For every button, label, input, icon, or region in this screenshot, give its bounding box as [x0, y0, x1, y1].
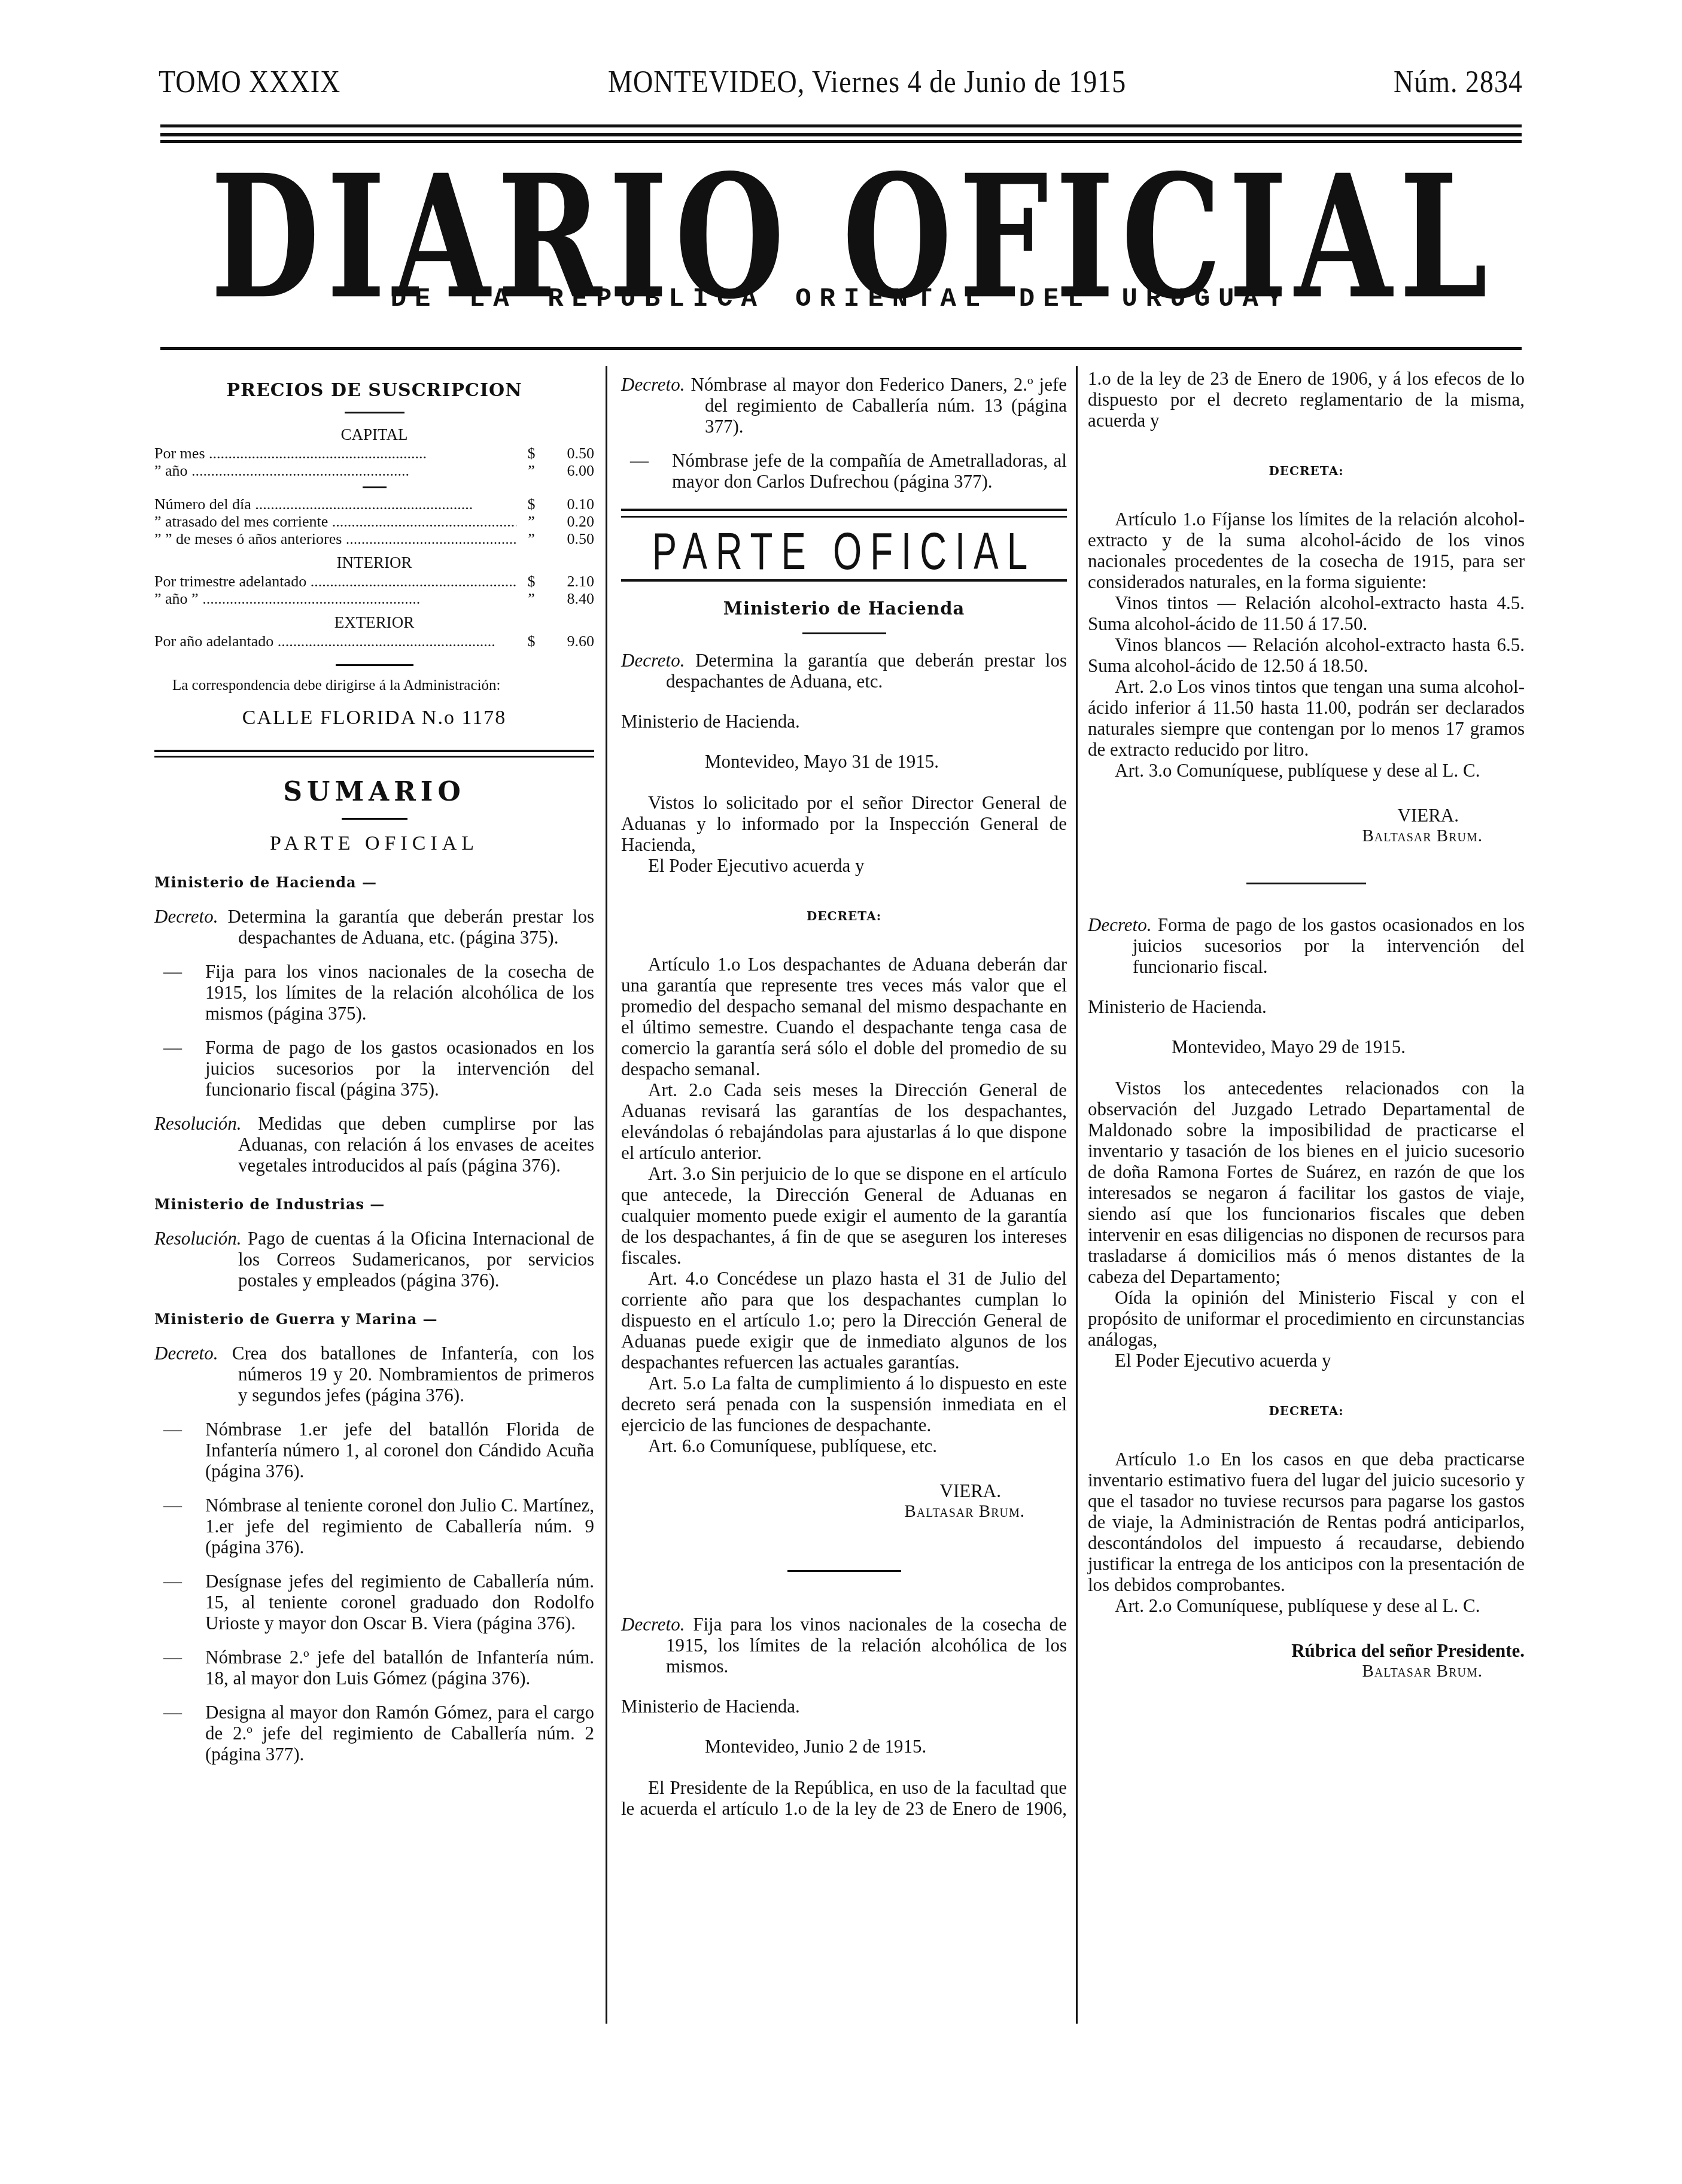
entry-text: Nómbrase jefe de la compañía de Ametrall… — [672, 450, 1067, 492]
entry-text: Nómbrase al mayor don Federico Daners, 2… — [691, 374, 1067, 437]
price-value: 0.10 — [546, 495, 594, 513]
masthead-rule-thick — [160, 133, 1522, 136]
preamble-paragraph: El Poder Ejecutivo acuerda y — [621, 855, 1067, 876]
decree-type: Decreto. — [1088, 914, 1158, 935]
article: Artículo 1.o Fíjanse los límites de la r… — [1088, 509, 1525, 592]
dash-marker: — — [154, 1647, 205, 1689]
preamble-paragraph: El Presidente de la República, en uso de… — [621, 1777, 1067, 1819]
decree-wine-limits-continued: 1.o de la ley de 23 de Enero de 1906, y … — [1088, 368, 1525, 847]
signature: VIERA. — [621, 1480, 1067, 1501]
article: Art. 3.o Sin perjuicio de lo que se disp… — [621, 1163, 1067, 1268]
decree-type: Decreto. — [621, 1614, 693, 1635]
entry-type: Decreto. — [154, 906, 227, 927]
sumario-list: Ministerio de Hacienda —Decreto. Determi… — [154, 872, 594, 1765]
entry-text: Forma de pago de los gastos ocasionados … — [205, 1037, 594, 1100]
price-value: 9.60 — [546, 632, 594, 650]
entry-text: Determina la garantía que deberán presta… — [227, 906, 594, 948]
price-row: Por trimestre adelantado$2.10 — [154, 573, 594, 590]
divider — [787, 1570, 901, 1572]
price-value: 0.50 — [546, 445, 594, 462]
dash-marker: — — [154, 1419, 205, 1482]
divider — [1246, 883, 1366, 884]
issue-number: Núm. 2834 — [1394, 63, 1523, 100]
price-label: Por año adelantado — [154, 632, 516, 650]
price-label: Número del día — [154, 495, 516, 513]
divider-double-1 — [621, 509, 1067, 511]
entry-text: Nómbrase 1.er jefe del batallón Florida … — [205, 1419, 594, 1482]
preamble-continued: 1.o de la ley de 23 de Enero de 1906, y … — [1088, 368, 1525, 431]
article: Art. 2.o Los vinos tintos que tengan una… — [1088, 676, 1525, 760]
divider — [363, 486, 387, 488]
countersignature: Baltasar Brum. — [621, 1501, 1067, 1522]
entry-type: Decreto. — [621, 374, 691, 395]
divider — [342, 818, 407, 820]
price-label: Por trimestre adelantado — [154, 573, 516, 590]
price-currency: $ — [516, 445, 546, 462]
ministry-label: Ministerio de Hacienda — — [154, 872, 594, 893]
price-value: 8.40 — [546, 590, 594, 607]
decree-summary-text: Determina la garantía que deberán presta… — [666, 650, 1067, 692]
decree-succession-costs: Decreto. Forma de pago de los gastos oca… — [1088, 914, 1525, 1682]
signature: Rúbrica del señor Presidente. — [1088, 1640, 1525, 1661]
section-heading-parte-oficial: PARTE OFICIAL — [621, 537, 1067, 567]
masthead-line: TOMO XXXIX MONTEVIDEO, Viernes 4 de Juni… — [159, 66, 1523, 98]
price-row: Por año adelantado$9.60 — [154, 632, 594, 650]
header-bottom-rule — [160, 347, 1522, 350]
sumario-entry: Resolución. Medidas que deben cumplirse … — [154, 1113, 594, 1176]
price-currency: ” — [516, 513, 546, 530]
decree-issuer: Ministerio de Hacienda. — [621, 711, 1067, 732]
left-column: PRECIOS DE SUSCRIPCION CAPITALPor mes$0.… — [154, 368, 594, 1765]
article: Vinos blancos — Relación alcohol-extract… — [1088, 634, 1525, 676]
price-label: ” atrasado del mes corriente — [154, 513, 516, 530]
entry-type: Resolución. — [154, 1228, 248, 1249]
entry-text: Pago de cuentas á la Oficina Internacion… — [238, 1228, 594, 1291]
dash-marker: — — [154, 1702, 205, 1765]
correspondence-note: La correspondencia debe dirigirse á la A… — [154, 677, 594, 694]
sumario-entry: —Nómbrase 1.er jefe del batallón Florida… — [154, 1419, 594, 1482]
decreta-label: DECRETA: — [621, 906, 1067, 927]
decree-summary: Decreto. Fija para los vinos nacionales … — [621, 1614, 1067, 1677]
entry-text: Crea dos batallones de Infantería, con l… — [232, 1343, 594, 1406]
price-row: Número del día$0.10 — [154, 495, 594, 513]
address: CALLE FLORIDA N.o 1178 — [154, 707, 594, 728]
price-currency: ” — [516, 462, 546, 479]
volume-number: TOMO XXXIX — [159, 63, 340, 100]
column-divider-right — [1076, 366, 1078, 2024]
divider — [336, 664, 413, 666]
decreta-label: DECRETA: — [1088, 1401, 1525, 1422]
decree-customs-guarantee: Decreto. Determina la garantía que deber… — [621, 650, 1067, 1522]
ministry-label: Ministerio de Industrias — — [154, 1194, 594, 1215]
dateline: MONTEVIDEO, Viernes 4 de Junio de 1915 — [608, 63, 1126, 100]
dash-marker: — — [621, 450, 672, 492]
entry-text: Designa al mayor don Ramón Gómez, para e… — [205, 1702, 594, 1765]
sumario-list-continued: Decreto. Nómbrase al mayor don Federico … — [621, 374, 1067, 492]
sumario-entry: —Nómbrase 2.º jefe del batallón de Infan… — [154, 1647, 594, 1689]
sumario-heading: SUMARIO — [154, 781, 594, 802]
decree-type: Decreto. — [621, 650, 695, 671]
dash-marker: — — [154, 1495, 205, 1558]
decree-wine-limits: Decreto. Fija para los vinos nacionales … — [621, 1614, 1067, 1819]
price-label: ” año ” — [154, 590, 516, 607]
preamble-paragraph: El Poder Ejecutivo acuerda y — [1088, 1350, 1525, 1371]
entry-text: Medidas que deben cumplirse por las Adua… — [238, 1113, 594, 1176]
price-section-label: CAPITAL — [154, 424, 594, 445]
divider-double-2 — [621, 516, 1067, 518]
sumario-entry: —Designa al mayor don Ramón Gómez, para … — [154, 1702, 594, 1765]
price-row: ” año”6.00 — [154, 462, 594, 479]
price-currency: $ — [516, 495, 546, 513]
sumario-entry: —Forma de pago de los gastos ocasionados… — [154, 1037, 594, 1100]
decreta-label: DECRETA: — [1088, 461, 1525, 482]
sumario-entry: —Nómbrase jefe de la compañía de Ametral… — [621, 450, 1067, 492]
sumario-entry: Decreto. Crea dos batallones de Infanter… — [154, 1343, 594, 1406]
entry-text: Desígnase jefes del regimiento de Caball… — [205, 1571, 594, 1634]
decree-summary-text: Fija para los vinos nacionales de la cos… — [666, 1614, 1067, 1677]
article: Artículo 1.o En los casos en que deba pr… — [1088, 1449, 1525, 1595]
column-divider-left — [606, 366, 607, 2024]
masthead-rule-thin — [160, 124, 1522, 127]
decree-date: Montevideo, Mayo 31 de 1915. — [621, 751, 1067, 772]
subscription-heading: PRECIOS DE SUSCRIPCION — [154, 380, 594, 401]
price-row: ” año ””8.40 — [154, 590, 594, 607]
dash-marker: — — [154, 1571, 205, 1634]
preamble-paragraph: Vistos los antecedentes relacionados con… — [1088, 1078, 1525, 1287]
sumario-entry: Decreto. Nómbrase al mayor don Federico … — [621, 374, 1067, 437]
divider-double-2 — [154, 756, 594, 758]
decree-issuer: Ministerio de Hacienda. — [1088, 996, 1525, 1017]
price-label: ” año — [154, 462, 516, 479]
divider — [345, 412, 404, 413]
price-label: ” ” de meses ó años anteriores — [154, 530, 516, 547]
middle-column: Decreto. Nómbrase al mayor don Federico … — [621, 368, 1067, 1819]
sumario-subheading: PARTE OFICIAL — [154, 833, 594, 854]
divider — [621, 579, 1067, 582]
dash-marker: — — [154, 961, 205, 1024]
preamble-paragraph: Oída la opinión del Ministerio Fiscal y … — [1088, 1287, 1525, 1350]
entry-text: Nómbrase 2.º jefe del batallón de Infant… — [205, 1647, 594, 1689]
price-currency: $ — [516, 573, 546, 590]
right-column: 1.o de la ley de 23 de Enero de 1906, y … — [1088, 368, 1525, 1682]
countersignature: Baltasar Brum. — [1088, 1661, 1525, 1682]
article: Art. 6.o Comuníquese, publíquese, etc. — [621, 1435, 1067, 1456]
ministry-label: Ministerio de Guerra y Marina — — [154, 1309, 594, 1330]
signature: VIERA. — [1088, 805, 1525, 826]
article: Art. 2.o Cada seis meses la Dirección Ge… — [621, 1079, 1067, 1163]
entry-type: Resolución. — [154, 1113, 258, 1134]
article: Art. 5.o La falta de cumplimiento á lo d… — [621, 1373, 1067, 1435]
countersignature: Baltasar Brum. — [1088, 826, 1525, 847]
subscription-table: CAPITALPor mes$0.50” año”6.00Número del … — [154, 424, 594, 650]
price-currency: ” — [516, 590, 546, 607]
decree-summary: Decreto. Forma de pago de los gastos oca… — [1088, 914, 1525, 977]
price-value: 0.20 — [546, 513, 594, 530]
sumario-entry: —Desígnase jefes del regimiento de Cabal… — [154, 1571, 594, 1634]
price-row: Por mes$0.50 — [154, 445, 594, 462]
sumario-entry: Decreto. Determina la garantía que deber… — [154, 906, 594, 948]
dash-marker: — — [154, 1037, 205, 1100]
price-value: 6.00 — [546, 462, 594, 479]
article: Art. 3.o Comuníquese, publíquese y dese … — [1088, 760, 1525, 781]
price-currency: $ — [516, 632, 546, 650]
sumario-entry: —Nómbrase al teniente coronel don Julio … — [154, 1495, 594, 1558]
decree-summary-text: Forma de pago de los gastos ocasionados … — [1133, 914, 1525, 977]
entry-type: Decreto. — [154, 1343, 232, 1364]
article: Vinos tintos — Relación alcohol-extracto… — [1088, 592, 1525, 634]
sumario-entry: Resolución. Pago de cuentas á la Oficina… — [154, 1228, 594, 1291]
article: Artículo 1.o Los despachantes de Aduana … — [621, 954, 1067, 1079]
price-label: Por mes — [154, 445, 516, 462]
decree-date: Montevideo, Junio 2 de 1915. — [621, 1736, 1067, 1757]
price-section-label: EXTERIOR — [154, 612, 594, 632]
decree-summary: Decreto. Determina la garantía que deber… — [621, 650, 1067, 692]
article: Art. 2.o Comuníquese, publíquese y dese … — [1088, 1595, 1525, 1616]
price-section-label: INTERIOR — [154, 552, 594, 573]
decree-date: Montevideo, Mayo 29 de 1915. — [1088, 1036, 1525, 1057]
preamble-paragraph: Vistos lo solicitado por el señor Direct… — [621, 792, 1067, 855]
ministry-heading: Ministerio de Hacienda — [621, 598, 1067, 619]
entry-text: Fija para los vinos nacionales de la cos… — [205, 961, 594, 1024]
price-value: 2.10 — [546, 573, 594, 590]
price-row: ” ” de meses ó años anteriores”0.50 — [154, 530, 594, 547]
newspaper-subtitle: DE LA REPUBLICA ORIENTAL DEL URUGUAY — [159, 284, 1523, 314]
entry-text: Nómbrase al teniente coronel don Julio C… — [205, 1495, 594, 1558]
divider-double-1 — [154, 750, 594, 752]
price-currency: ” — [516, 530, 546, 547]
price-value: 0.50 — [546, 530, 594, 547]
article: Art. 4.o Concédese un plazo hasta el 31 … — [621, 1268, 1067, 1373]
decree-issuer: Ministerio de Hacienda. — [621, 1696, 1067, 1717]
divider — [802, 632, 886, 634]
price-row: ” atrasado del mes corriente”0.20 — [154, 513, 594, 530]
sumario-entry: —Fija para los vinos nacionales de la co… — [154, 961, 594, 1024]
